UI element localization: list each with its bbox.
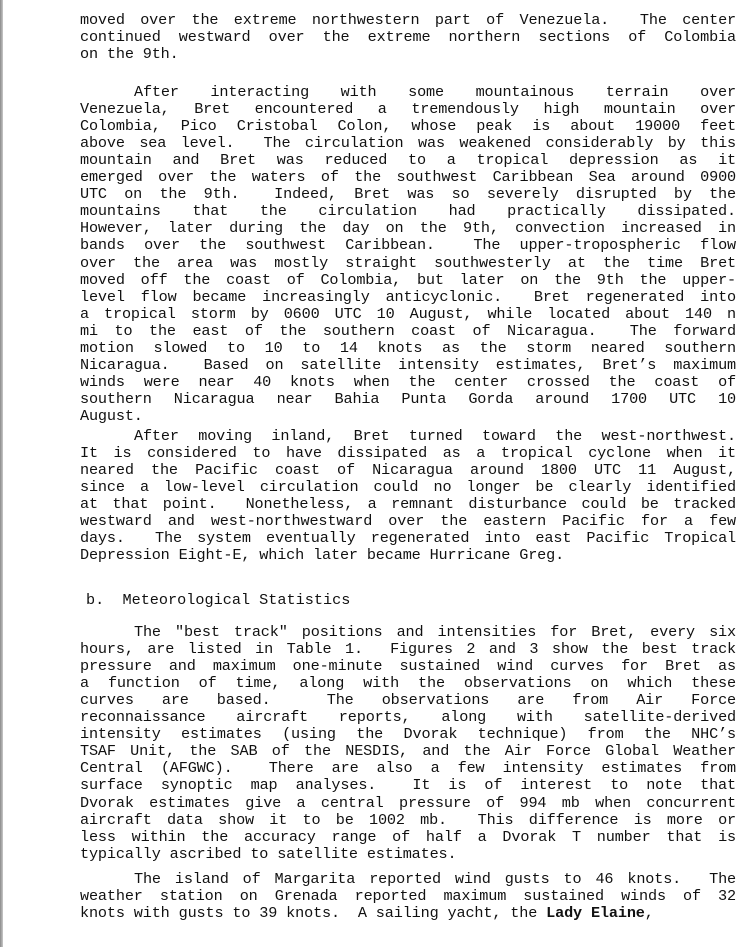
text-line: TSAF Unit, the SAB of the NESDIS, and th… [80,743,736,760]
text-line: westward and west-northwestward over the… [80,513,736,530]
text-line: However, later during the day on the 9th… [80,220,736,237]
text-line: moved off the coast of Colombia, but lat… [80,272,736,289]
text-line: on the 9th. [80,46,736,63]
text-line: August. [80,408,736,425]
section-title: Meteorological Statistics [122,591,350,609]
text-line: reconnaissance aircraft reports, along w… [80,709,736,726]
text-line: Colombia, Pico Cristobal Colon, whose pe… [80,118,736,135]
text-line: emerged over the waters of the southwest… [80,169,736,186]
text-line: The "best track" positions and intensiti… [134,624,736,641]
text-line: above sea level. The circulation was wea… [80,135,736,152]
text-line: UTC on the 9th. Indeed, Bret was so seve… [80,186,736,203]
text-line: motion slowed to 10 to 14 knots as the s… [80,340,736,357]
text-line: winds were near 40 knots when the center… [80,374,736,391]
text-line: knots with gusts to 39 knots. A sailing … [80,905,736,922]
text-line: continued westward over the extreme nort… [80,29,736,46]
text-line: less within the accuracy range of half a… [80,829,736,846]
text-line: weather station on Grenada reported maxi… [80,888,736,905]
text-line: over the area was mostly straight southw… [80,255,736,272]
text-line: days. The system eventually regenerated … [80,530,736,547]
text-line: hours, are listed in Table 1. Figures 2 … [80,641,736,658]
text-line: Dvorak estimates give a central pressure… [80,795,736,812]
text-line: Depression Eight-E, which later became H… [80,547,736,564]
section-heading: b. Meteorological Statistics [86,592,350,609]
section-label: b. [86,591,104,609]
text-line: a function of time, along with the obser… [80,675,736,692]
text-line: After interacting with some mountainous … [134,84,736,101]
text-line: The island of Margarita reported wind gu… [134,871,736,888]
text-line: a tropical storm by 0600 UTC 10 August, … [80,306,736,323]
text-line: bands over the southwest Caribbean. The … [80,237,736,254]
text-line: mountain and Bret was reduced to a tropi… [80,152,736,169]
text-line: Central (AFGWC). There are also a few in… [80,760,736,777]
text-line: Venezuela, Bret encountered a tremendous… [80,101,736,118]
text-line: aircraft data show it to be 1002 mb. Thi… [80,812,736,829]
text-line: typically ascribed to satellite estimate… [80,846,736,863]
vessel-name: Lady Elaine [546,904,645,922]
text-line: pressure and maximum one-minute sustaine… [80,658,736,675]
text-line: intensity estimates (using the Dvorak te… [80,726,736,743]
text-line: moved over the extreme northwestern part… [80,12,736,29]
text-line: level flow became increasingly anticyclo… [80,289,736,306]
text-line: It is considered to have dissipated as a… [80,445,736,462]
text-line: neared the Pacific coast of Nicaragua ar… [80,462,736,479]
text-run: knots with gusts to 39 knots. A sailing … [80,904,546,922]
text-line: Nicaragua. Based on satellite intensity … [80,357,736,374]
text-line: southern Nicaragua near Bahia Punta Gord… [80,391,736,408]
text-line: since a low-level circulation could no l… [80,479,736,496]
text-line: After moving inland, Bret turned toward … [134,428,736,445]
text-run: , [645,904,654,922]
document-page: b. Meteorological Statistics moved over … [0,0,750,947]
text-line: curves are based. The observations are f… [80,692,736,709]
text-line: surface synoptic map analyses. It is of … [80,777,736,794]
text-line: mi to the east of the southern coast of … [80,323,736,340]
text-line: mountains that the circulation had pract… [80,203,736,220]
text-line: at that point. Nonetheless, a remnant di… [80,496,736,513]
